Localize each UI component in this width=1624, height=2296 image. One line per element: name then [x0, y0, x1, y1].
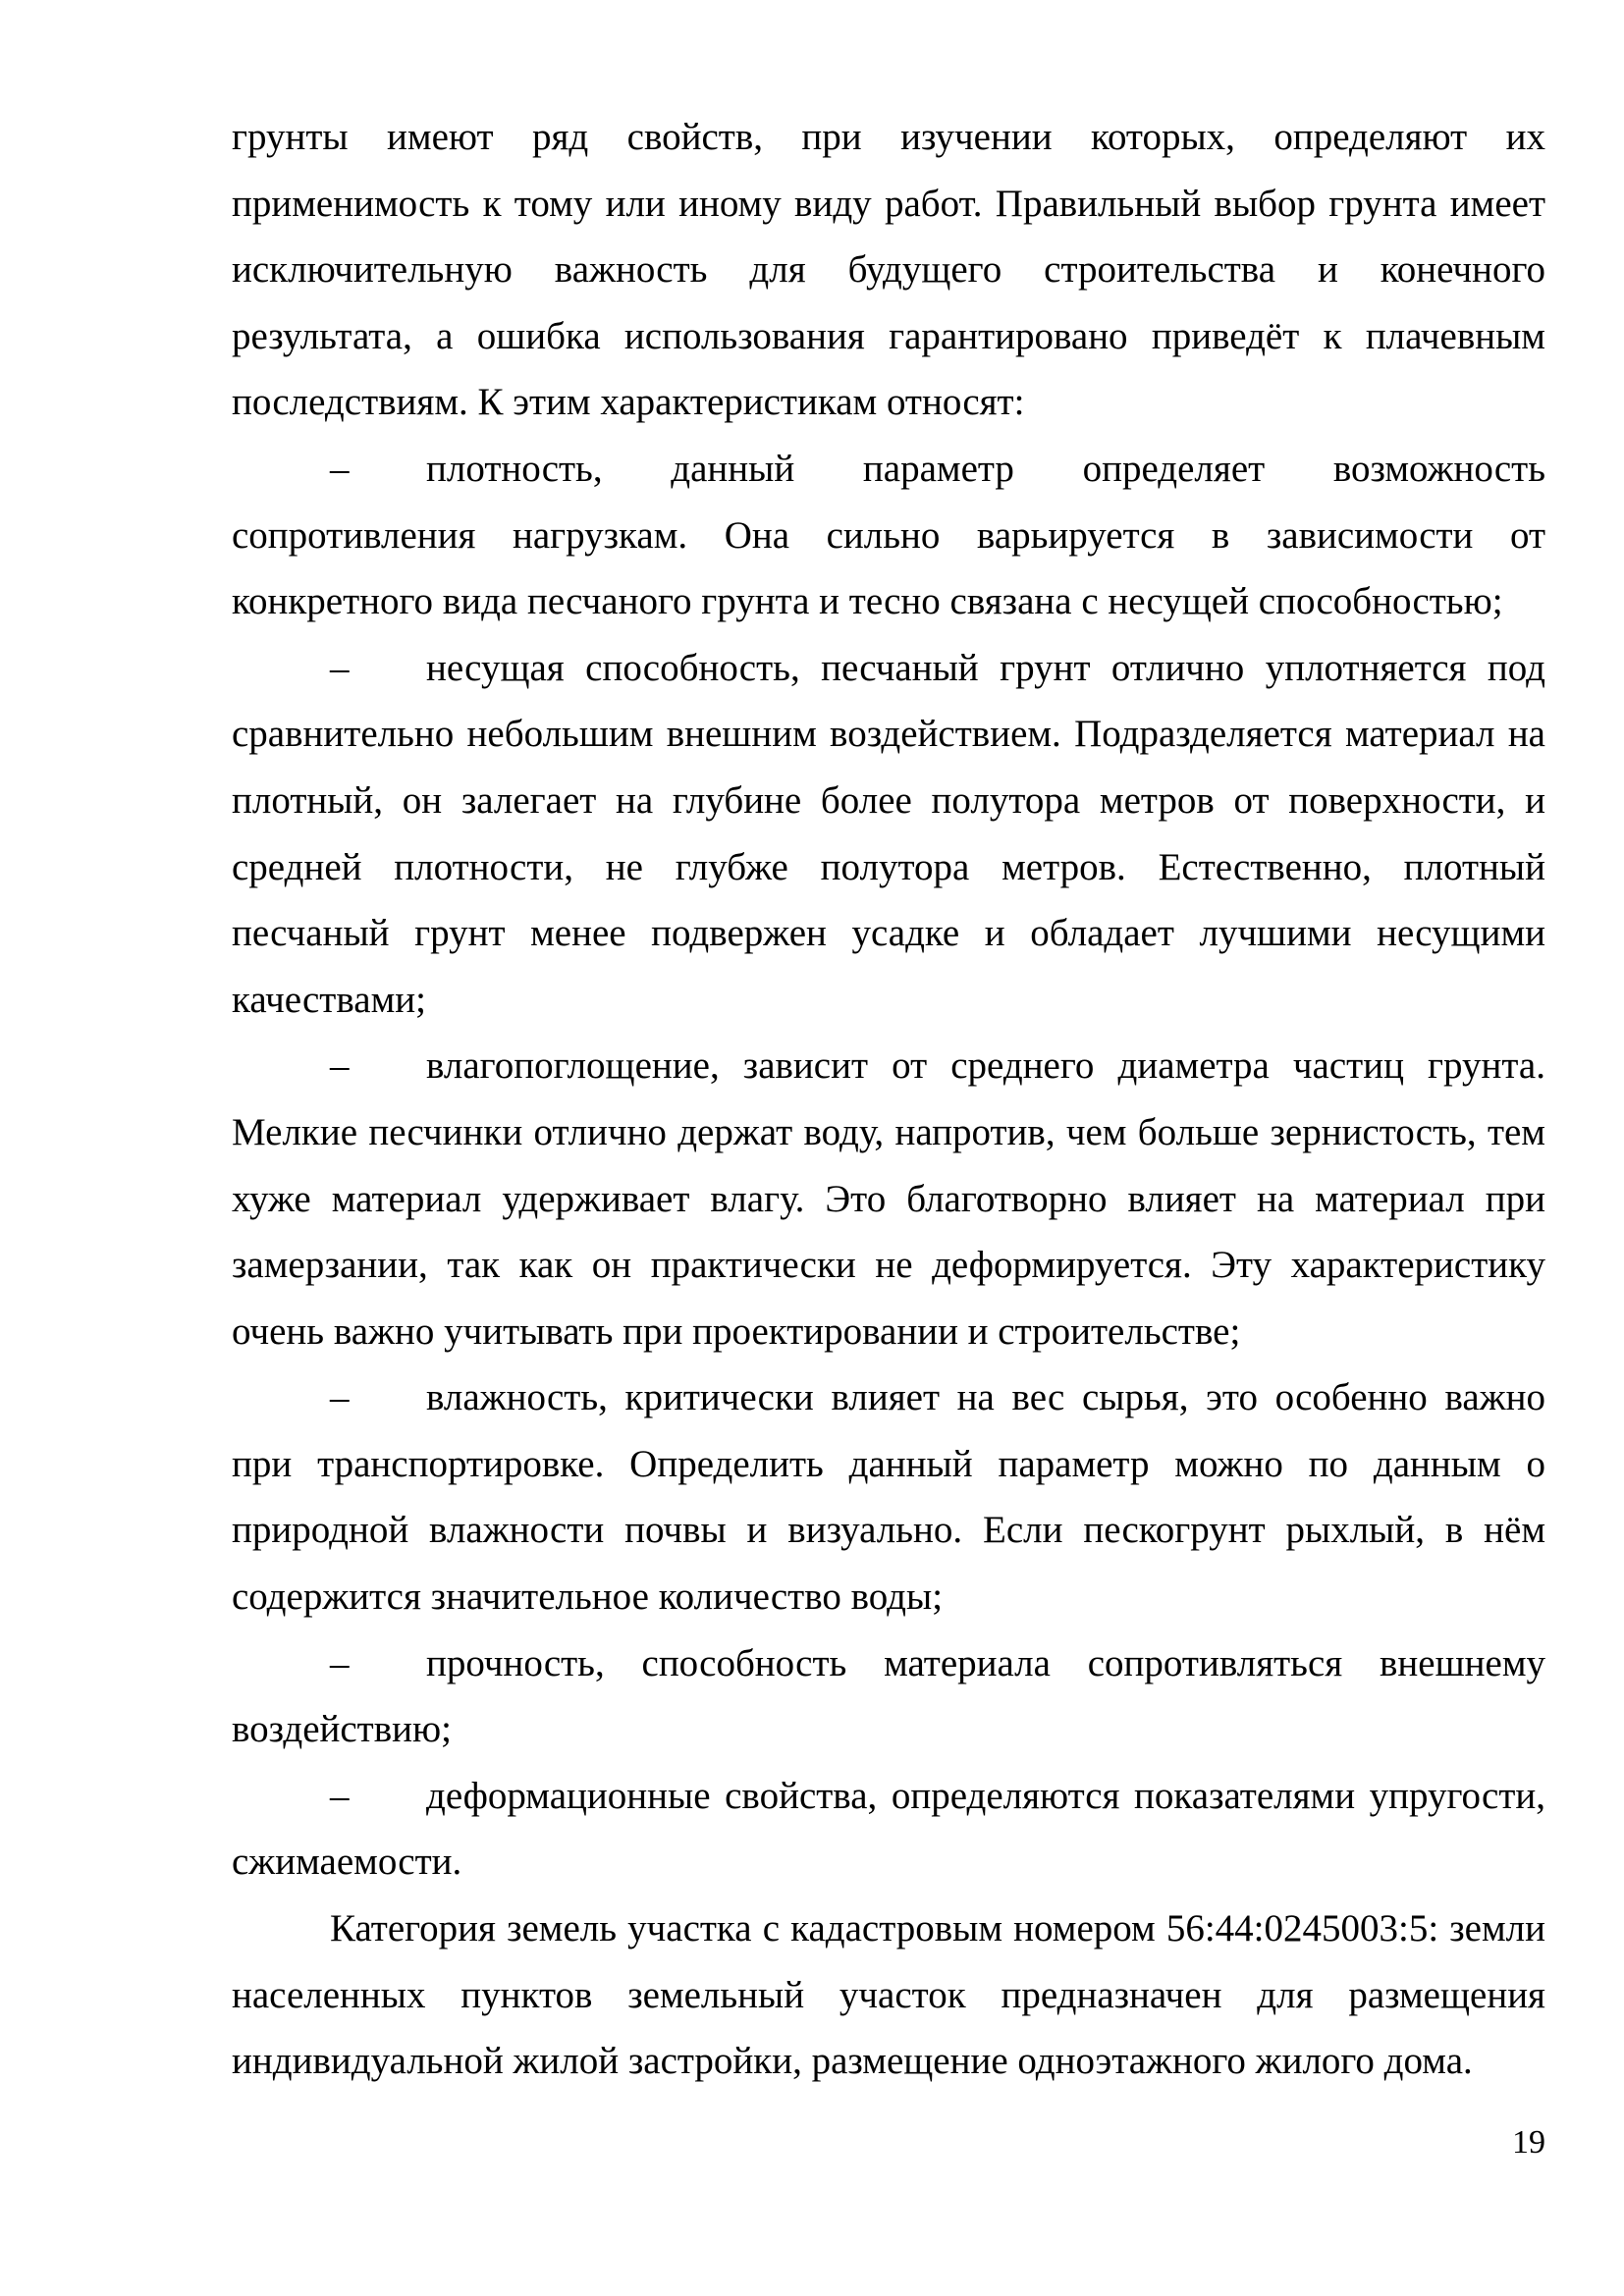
text-line-content: несущая способность, песчаный грунт отли…: [426, 635, 1545, 702]
text-line: –несущая способность, песчаный грунт отл…: [232, 635, 1545, 702]
list-item-water-absorption: –влагопоглощение, зависит от среднего ди…: [232, 1033, 1545, 1364]
list-item-strength: –прочность, способность материала сопрот…: [232, 1630, 1545, 1763]
dash-bullet-icon: –: [330, 1364, 350, 1431]
text-line-content: прочность, способность материала сопроти…: [426, 1630, 1545, 1697]
text-line: сжимаемости.: [232, 1829, 1545, 1896]
text-line: очень важно учитывать при проектировании…: [232, 1299, 1545, 1365]
page-number: 19: [1512, 2123, 1545, 2163]
text-line: применимость к тому или иному виду работ…: [232, 171, 1545, 238]
text-line: содержится значительное количество воды;: [232, 1564, 1545, 1630]
text-line: песчаный грунт менее подвержен усадке и …: [232, 900, 1545, 967]
dash-bullet-icon: –: [330, 635, 350, 702]
list-item-bearing-capacity: –несущая способность, песчаный грунт отл…: [232, 635, 1545, 1034]
text-line-content: влагопоглощение, зависит от среднего диа…: [426, 1033, 1545, 1099]
document-page: грунты имеют ряд свойств, при изучении к…: [0, 0, 1624, 2296]
text-line: сопротивления нагрузкам. Она сильно варь…: [232, 503, 1545, 569]
body-text: грунты имеют ряд свойств, при изучении к…: [232, 104, 1545, 2095]
text-line: конкретного вида песчаного грунта и тесн…: [232, 568, 1545, 635]
text-line: замерзании, так как он практически не де…: [232, 1232, 1545, 1299]
text-line: сравнительно небольшим внешним воздейств…: [232, 701, 1545, 768]
text-line: –влагопоглощение, зависит от среднего ди…: [232, 1033, 1545, 1099]
list-item-deformation: –деформационные свойства, определяются п…: [232, 1763, 1545, 1896]
text-line: Мелкие песчинки отлично держат воду, нап…: [232, 1099, 1545, 1166]
text-line: плотный, он залегает на глубине более по…: [232, 768, 1545, 834]
text-line: средней плотности, не глубже полутора ме…: [232, 834, 1545, 901]
text-line: грунты имеют ряд свойств, при изучении к…: [232, 104, 1545, 171]
text-line: исключительную важность для будущего стр…: [232, 237, 1545, 303]
paragraph-intro: грунты имеют ряд свойств, при изучении к…: [232, 104, 1545, 436]
dash-bullet-icon: –: [330, 1763, 350, 1830]
dash-bullet-icon: –: [330, 1033, 350, 1099]
text-line: –деформационные свойства, определяются п…: [232, 1763, 1545, 1830]
text-line: при транспортировке. Определить данный п…: [232, 1431, 1545, 1498]
text-line-content: деформационные свойства, определяются по…: [426, 1763, 1545, 1830]
text-line-content: плотность, данный параметр определяет во…: [426, 436, 1545, 503]
dash-bullet-icon: –: [330, 436, 350, 503]
paragraph-land-category: Категория земель участка с кадастровым н…: [232, 1896, 1545, 2095]
text-line: –влажность, критически влияет на вес сыр…: [232, 1364, 1545, 1431]
text-line: последствиям. К этим характеристикам отн…: [232, 369, 1545, 436]
text-line: индивидуальной жилой застройки, размещен…: [232, 2028, 1545, 2095]
text-line: Категория земель участка с кадастровым н…: [232, 1896, 1545, 1962]
text-line: –плотность, данный параметр определяет в…: [232, 436, 1545, 503]
text-line: воздействию;: [232, 1696, 1545, 1763]
text-line: природной влажности почвы и визуально. Е…: [232, 1497, 1545, 1564]
list-item-moisture: –влажность, критически влияет на вес сыр…: [232, 1364, 1545, 1629]
text-line-content: влажность, критически влияет на вес сырь…: [426, 1364, 1545, 1431]
text-line: –прочность, способность материала сопрот…: [232, 1630, 1545, 1697]
text-line: качествами;: [232, 967, 1545, 1034]
list-item-density: –плотность, данный параметр определяет в…: [232, 436, 1545, 635]
text-line: результата, а ошибка использования гаран…: [232, 303, 1545, 370]
dash-bullet-icon: –: [330, 1630, 350, 1697]
text-line: хуже материал удерживает влагу. Это благ…: [232, 1166, 1545, 1233]
text-line: населенных пунктов земельный участок пре…: [232, 1962, 1545, 2029]
